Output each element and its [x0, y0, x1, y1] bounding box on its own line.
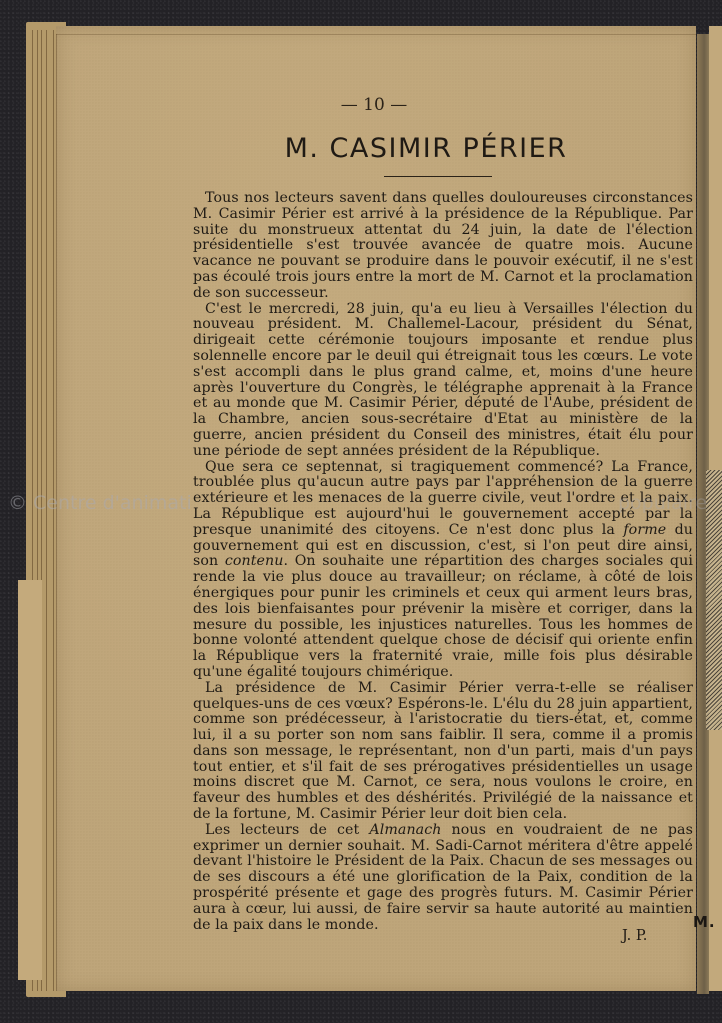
- italic-forme: forme: [623, 522, 666, 538]
- paragraph-3-text: . On souhaite une répartition des charge…: [193, 553, 693, 680]
- page-border-top: [56, 34, 696, 35]
- title-underline-rule: [384, 176, 492, 177]
- italic-almanach: Almanach: [369, 822, 441, 838]
- page-edge-line: [46, 30, 47, 991]
- paragraph-2: C'est le mercredi, 28 juin, qu'a eu lieu…: [193, 302, 693, 460]
- page-number: — 10 —: [324, 95, 424, 115]
- article-title: M. CASIMIR PÉRIER: [216, 133, 636, 164]
- torn-page-edge: [18, 580, 42, 980]
- page-border-left: [56, 34, 57, 991]
- article-body: Tous nos lecteurs savent dans quelles do…: [193, 191, 693, 933]
- italic-contenu: contenu: [225, 553, 284, 569]
- copyright-watermark-end: populaire: [618, 492, 707, 514]
- paragraph-5: Les lecteurs de cet Almanach nous en vou…: [193, 823, 693, 934]
- page-edge-line: [53, 30, 54, 991]
- author-signature: J. P.: [622, 928, 647, 944]
- adjacent-page-text-fragment: M.: [693, 913, 716, 931]
- paragraph-5-text: nous en voudraient de ne pas exprimer un…: [193, 822, 693, 933]
- paragraph-1: Tous nos lecteurs savent dans quelles do…: [193, 191, 693, 302]
- paragraph-4: La présidence de M. Casimir Périer verra…: [193, 681, 693, 823]
- paragraph-5-text: Les lecteurs de cet: [205, 822, 369, 838]
- adjacent-page-engraving: [706, 470, 722, 730]
